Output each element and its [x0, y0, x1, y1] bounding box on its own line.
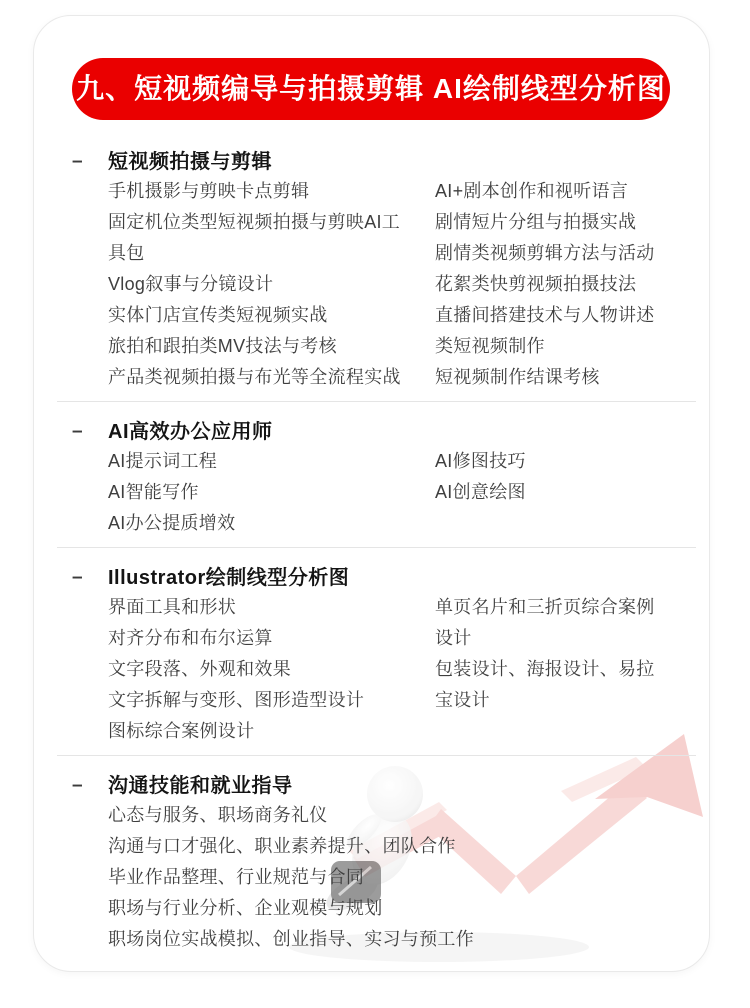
course-item: 图标综合案例设计: [108, 716, 408, 747]
course-item: 心态与服务、职场商务礼仪: [108, 800, 668, 831]
course-item: 旅拍和跟拍类MV技法与考核: [108, 331, 408, 362]
section-illustrator: – Illustrator绘制线型分析图 界面工具和形状 对齐分布和布尔运算 文…: [34, 564, 709, 747]
course-item: 职场与行业分析、企业观模与规划: [108, 893, 668, 924]
course-item: 界面工具和形状: [108, 592, 408, 623]
course-item: AI+剧本创作和视听语言: [435, 176, 657, 207]
course-item: 短视频制作结课考核: [435, 362, 657, 393]
course-item: 包装设计、海报设计、易拉宝设计: [435, 654, 657, 716]
course-item: AI智能写作: [108, 477, 408, 508]
course-item: 花絮类快剪视频拍摄技法: [435, 269, 657, 300]
course-item: 剧情类视频剪辑方法与活动: [435, 238, 657, 269]
section-header: – Illustrator绘制线型分析图: [72, 564, 695, 592]
section-communication-career: – 沟通技能和就业指导 心态与服务、职场商务礼仪 沟通与口才强化、职业素养提升、…: [34, 772, 709, 955]
section-header: – 沟通技能和就业指导: [72, 772, 695, 800]
section-header: – 短视频拍摄与剪辑: [72, 148, 695, 176]
course-content: – 短视频拍摄与剪辑 手机摄影与剪映卡点剪辑 固定机位类型短视频拍摄与剪映AI工…: [34, 148, 709, 955]
course-item: 文字拆解与变形、图形造型设计: [108, 685, 408, 716]
course-item: AI创意绘图: [435, 477, 657, 508]
course-item: 直播间搭建技术与人物讲述类短视频制作: [435, 300, 657, 362]
course-item: 毕业作品整理、行业规范与合同: [108, 862, 668, 893]
section-title: AI高效办公应用师: [108, 418, 273, 446]
course-item: 实体门店宣传类短视频实战: [108, 300, 408, 331]
bullet-dash: –: [72, 772, 108, 800]
course-item: 剧情短片分组与拍摄实战: [435, 207, 657, 238]
left-column: AI提示词工程 AI智能写作 AI办公提质增效: [108, 446, 408, 539]
course-item: 文字段落、外观和效果: [108, 654, 408, 685]
bullet-dash: –: [72, 418, 108, 446]
left-column: 界面工具和形状 对齐分布和布尔运算 文字段落、外观和效果 文字拆解与变形、图形造…: [108, 592, 408, 747]
bullet-dash: –: [72, 148, 108, 176]
title-banner: 九、短视频编导与拍摄剪辑 AI绘制线型分析图: [72, 58, 670, 120]
course-item: 沟通与口才强化、职业素养提升、团队合作: [108, 831, 668, 862]
section-body: AI提示词工程 AI智能写作 AI办公提质增效 AI修图技巧 AI创意绘图: [72, 446, 695, 539]
section-divider: [57, 547, 696, 548]
section-body: 界面工具和形状 对齐分布和布尔运算 文字段落、外观和效果 文字拆解与变形、图形造…: [72, 592, 695, 747]
right-column: AI修图技巧 AI创意绘图: [435, 446, 657, 539]
section-title: 沟通技能和就业指导: [108, 772, 293, 800]
section-body: 手机摄影与剪映卡点剪辑 固定机位类型短视频拍摄与剪映AI工具包 Vlog叙事与分…: [72, 176, 695, 393]
course-item: 单页名片和三折页综合案例设计: [435, 592, 657, 654]
course-card: 九、短视频编导与拍摄剪辑 AI绘制线型分析图 – 短视频拍摄与剪辑 手机摄影与剪…: [33, 15, 710, 972]
course-item: Vlog叙事与分镜设计: [108, 269, 408, 300]
section-title: 短视频拍摄与剪辑: [108, 148, 272, 176]
section-title: Illustrator绘制线型分析图: [108, 564, 349, 592]
section-video-shooting-editing: – 短视频拍摄与剪辑 手机摄影与剪映卡点剪辑 固定机位类型短视频拍摄与剪映AI工…: [34, 148, 709, 393]
bullet-dash: –: [72, 564, 108, 592]
right-column: 单页名片和三折页综合案例设计 包装设计、海报设计、易拉宝设计: [435, 592, 657, 747]
section-divider: [57, 401, 696, 402]
course-item: AI修图技巧: [435, 446, 657, 477]
course-item: 职场岗位实战模拟、创业指导、实习与预工作: [108, 924, 668, 955]
section-divider: [57, 755, 696, 756]
right-column: AI+剧本创作和视听语言 剧情短片分组与拍摄实战 剧情类视频剪辑方法与活动 花絮…: [435, 176, 657, 393]
course-item: 产品类视频拍摄与布光等全流程实战: [108, 362, 408, 393]
course-item: AI办公提质增效: [108, 508, 408, 539]
course-item: AI提示词工程: [108, 446, 408, 477]
section-body: 心态与服务、职场商务礼仪 沟通与口才强化、职业素养提升、团队合作 毕业作品整理、…: [72, 800, 695, 955]
section-header: – AI高效办公应用师: [72, 418, 695, 446]
course-item: 手机摄影与剪映卡点剪辑: [108, 176, 408, 207]
course-item: 固定机位类型短视频拍摄与剪映AI工具包: [108, 207, 408, 269]
full-column: 心态与服务、职场商务礼仪 沟通与口才强化、职业素养提升、团队合作 毕业作品整理、…: [108, 800, 668, 955]
left-column: 手机摄影与剪映卡点剪辑 固定机位类型短视频拍摄与剪映AI工具包 Vlog叙事与分…: [108, 176, 408, 393]
course-item: 对齐分布和布尔运算: [108, 623, 408, 654]
section-ai-office: – AI高效办公应用师 AI提示词工程 AI智能写作 AI办公提质增效 AI修图…: [34, 418, 709, 539]
